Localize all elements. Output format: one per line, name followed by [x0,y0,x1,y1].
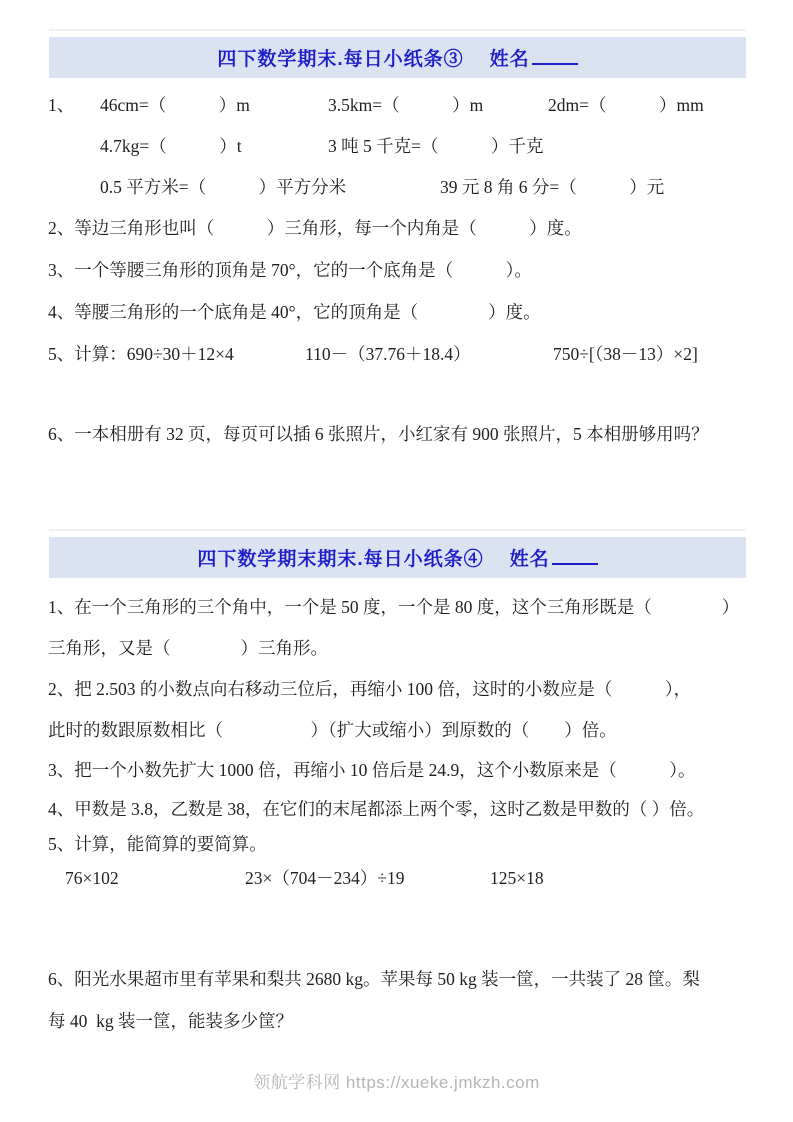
sheet4-title: 四下数学期末期末.每日小纸条④ [197,544,483,571]
sheet4-question-3: 3、把一个小数先扩大 1000 倍，再缩小 10 倍后是 24.9，这个小数原来… [48,758,753,782]
conversion-item: 4.7kg=（ ）t [100,134,242,158]
sheet4-question-6-line2: 每 40 kg 装一筐，能装多少筐？ [48,1009,753,1033]
sheet3-q1-row2: 4.7kg=（ ）t 3 吨 5 千克=（ ）千克 [0,134,793,158]
sheet4-header-banner: 四下数学期末期末.每日小纸条④ 姓名 [49,537,746,578]
sheet3-question-2: 2、等边三角形也叫（ ）三角形，每一个内角是（ ）度。 [48,216,753,240]
sheet4-name-blank-line [552,550,598,565]
sheet3-question-4: 4、等腰三角形的一个底角是 40°，它的顶角是（ ）度。 [48,300,753,324]
conversion-item: 2dm=（ ）mm [548,93,704,117]
conversion-item: 46cm=（ ）m [100,93,250,117]
sheet4-name-label: 姓名 [510,544,550,571]
conversion-item: 3.5km=（ ）m [328,93,483,117]
sheet3-name-blank-line [532,50,578,65]
conversion-item: 39 元 8 角 6 分=（ ）元 [440,175,664,199]
question-number: 1、 [48,93,74,117]
sheet3-question-6: 6、一本相册有 32 页，每页可以插 6 张照片，小红家有 900 张照片，5 … [48,422,753,446]
sheet4-question-5-expressions: 76×102 23×（704－234）÷19 125×18 [0,866,793,890]
sheet3-question-3: 3、一个等腰三角形的顶角是 70°，它的一个底角是（ ）。 [48,258,753,282]
sheet4-question-6-line1: 6、阳光水果超市里有苹果和梨共 2680 kg。苹果每 50 kg 装一筐，一共… [48,967,753,991]
sheet3-name-label: 姓名 [490,44,530,71]
sheet4-question-1-line2: 三角形，又是（ ）三角形。 [48,636,753,660]
calc-expression: 110－（37.76＋18.4） [305,342,471,366]
section-divider [49,529,746,531]
sheet4-question-5: 5、计算，能简算的要简算。 [48,832,753,856]
calc-expression: 23×（704－234）÷19 [245,866,404,890]
sheet4-question-2-line1: 2、把 2.503 的小数点向右移动三位后，再缩小 100 倍，这时的小数应是（… [48,677,753,701]
section-divider [49,29,746,31]
calc-expression: 5、计算：690÷30＋12×4 [48,342,234,366]
sheet3-question-5: 5、计算：690÷30＋12×4 110－（37.76＋18.4） 750÷[（… [0,342,793,366]
sheet3-q1-row3: 0.5 平方米=（ ）平方分米 39 元 8 角 6 分=（ ）元 [0,175,793,199]
sheet3-header-banner: 四下数学期末.每日小纸条③ 姓名 [49,37,746,78]
sheet4-question-1-line1: 1、在一个三角形的三个角中，一个是 50 度，一个是 80 度，这个三角形既是（… [48,595,753,619]
sheet4-question-4: 4、甲数是 3.8，乙数是 38，在它们的末尾都添上两个零，这时乙数是甲数的（ … [48,797,753,821]
sheet4-question-2-line2: 此时的数跟原数相比（ ）（扩大或缩小）到原数的（ ）倍。 [48,718,753,742]
watermark-text: 领航学科网 https://xueke.jmkzh.com [0,1068,793,1093]
calc-expression: 76×102 [65,866,119,890]
conversion-item: 3 吨 5 千克=（ ）千克 [328,134,544,158]
worksheet-page: 四下数学期末.每日小纸条③ 姓名 1、 46cm=（ ）m 3.5km=（ ）m… [0,0,793,1122]
calc-expression: 750÷[（38－13）×2] [553,342,698,366]
sheet3-title: 四下数学期末.每日小纸条③ [217,44,463,71]
calc-expression: 125×18 [490,866,544,890]
conversion-item: 0.5 平方米=（ ）平方分米 [100,175,346,199]
sheet3-q1-row1: 1、 46cm=（ ）m 3.5km=（ ）m 2dm=（ ）mm [0,93,793,117]
